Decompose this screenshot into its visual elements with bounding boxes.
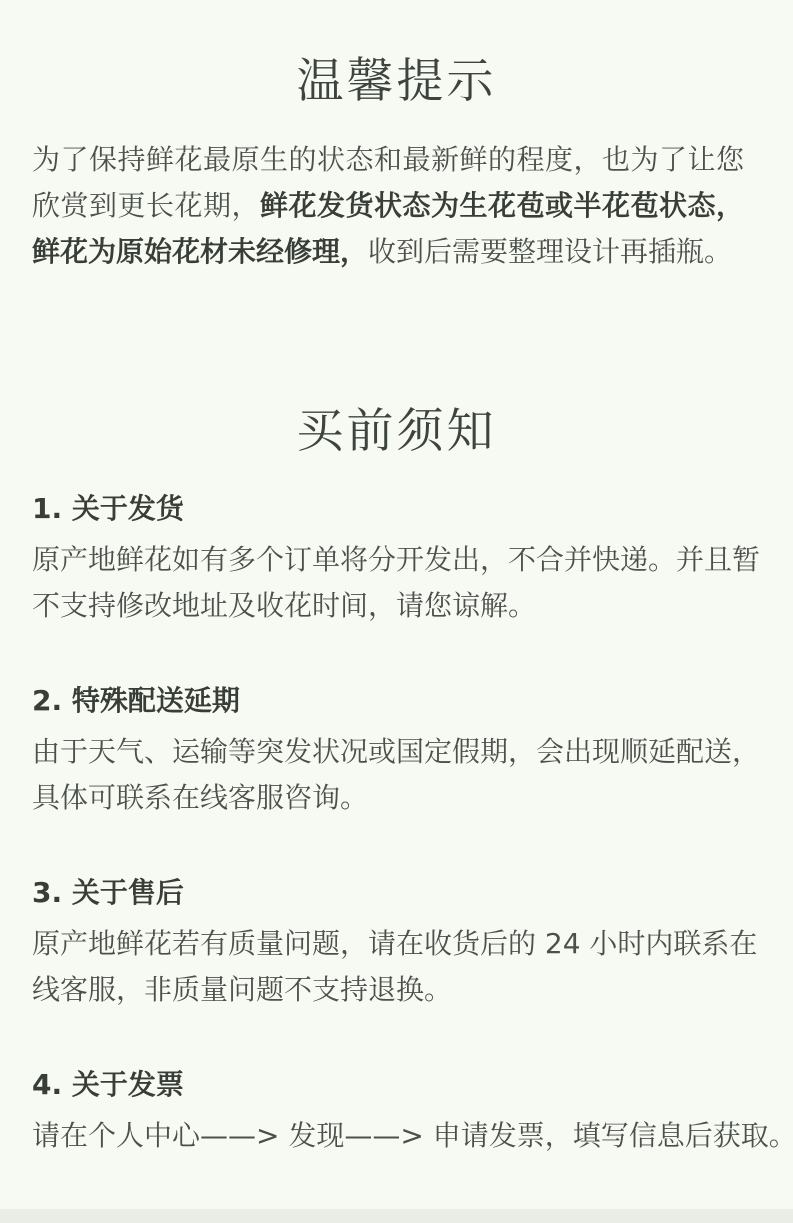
note-item-after-sales: 3. 关于售后 原产地鲜花若有质量问题，请在收货后的 24 小时内联系在线客服，… [32, 873, 761, 1013]
pre-purchase-title: 买前须知 [32, 404, 761, 460]
note-item-invoice: 4. 关于发票 请在个人中心——> 发现——> 申请发票，填写信息后获取。 [32, 1065, 761, 1159]
note-item-shipping: 1. 关于发货 原产地鲜花如有多个订单将分开发出，不合并快递。并且暂不支持修改地… [32, 489, 761, 629]
pre-purchase-section: 买前须知 1. 关于发货 原产地鲜花如有多个订单将分开发出，不合并快递。并且暂不… [32, 404, 761, 1159]
note-heading-shipping: 1. 关于发货 [32, 489, 761, 529]
warm-tips-paragraph: 为了保持鲜花最原生的状态和最新鲜的程度，也为了让您欣赏到更长花期，鲜花发货状态为… [32, 137, 744, 275]
note-item-delivery-delay: 2. 特殊配送延期 由于天气、运输等突发状况或国定假期，会出现顺延配送，具体可联… [32, 681, 761, 821]
note-heading-after-sales: 3. 关于售后 [32, 873, 761, 913]
bottom-divider-bar [0, 1209, 793, 1223]
note-body-invoice: 请在个人中心——> 发现——> 申请发票，填写信息后获取。 [32, 1113, 761, 1159]
product-notice-page: 温馨提示 为了保持鲜花最原生的状态和最新鲜的程度，也为了让您欣赏到更长花期，鲜花… [0, 0, 793, 1223]
note-body-delivery-delay: 由于天气、运输等突发状况或国定假期，会出现顺延配送，具体可联系在线客服咨询。 [32, 729, 761, 821]
note-heading-delivery-delay: 2. 特殊配送延期 [32, 681, 761, 721]
notice-content: 温馨提示 为了保持鲜花最原生的状态和最新鲜的程度，也为了让您欣赏到更长花期，鲜花… [0, 54, 793, 1159]
warm-tips-text-tail: 收到后需要整理设计再插瓶。 [368, 235, 732, 268]
note-body-shipping: 原产地鲜花如有多个订单将分开发出，不合并快递。并且暂不支持修改地址及收花时间，请… [32, 537, 761, 629]
note-heading-invoice: 4. 关于发票 [32, 1065, 761, 1105]
note-body-after-sales: 原产地鲜花若有质量问题，请在收货后的 24 小时内联系在线客服，非质量问题不支持… [32, 921, 761, 1013]
warm-tips-title: 温馨提示 [32, 54, 761, 110]
warm-tips-section: 温馨提示 为了保持鲜花最原生的状态和最新鲜的程度，也为了让您欣赏到更长花期，鲜花… [32, 54, 761, 275]
